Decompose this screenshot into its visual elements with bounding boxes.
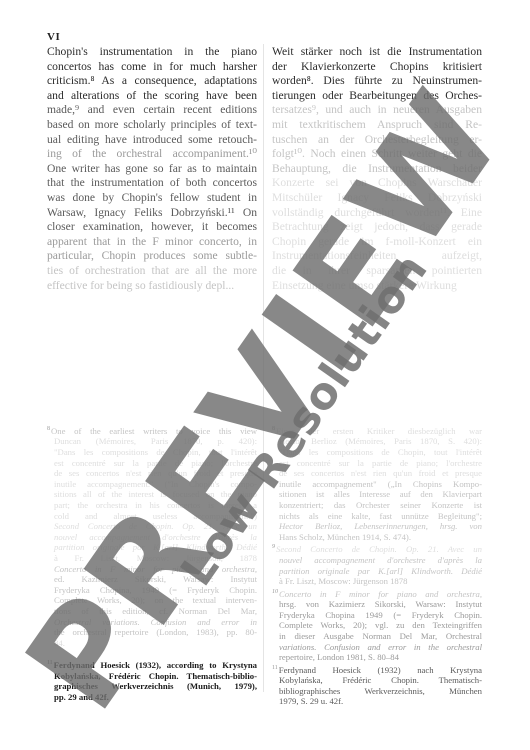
footnote-text: 1979, S. 29 u. 42f. — [279, 696, 343, 706]
text-line: particular, Chopin produces some subtle- — [47, 249, 257, 264]
footnote: 10Concerto in F minor for piano and orch… — [272, 587, 482, 663]
footnote-text: Second Concerto de Chopin. Op. 21. Avec … — [276, 544, 482, 554]
footnote-text: Hector Berlioz, Lebenserinnerungen, hrsg… — [279, 521, 482, 531]
text-line: ties of orchestration that are all the m… — [47, 264, 257, 279]
footnote-line: sitionen ist alles Interesse auf den Kla… — [272, 489, 482, 500]
text-line: effective for being so fastidiously depl… — [47, 279, 257, 294]
footnote-text: partition originale par K.[arl] Klindwor… — [279, 566, 482, 576]
footnote-line: Complete Works, 20); vgl. zu den Textein… — [272, 620, 482, 631]
footnote-mark: 10 — [272, 589, 278, 595]
footnote-mark: 11 — [272, 665, 278, 671]
page-number: VI — [47, 31, 60, 43]
text-line: ual editing have introduced some retouch… — [47, 133, 257, 148]
text-line: criticism.⁸ As a consequence, adaptation… — [47, 74, 257, 89]
score-preface-page: VI Chopin's instrumentation in the piano… — [0, 0, 530, 750]
text-line: made,⁹ and even certain recent editions — [47, 103, 257, 118]
footnote-line: 11Ferdynand Hoesick (1932) nach Krystyna — [272, 663, 482, 675]
footnote-mark: 9 — [272, 544, 275, 550]
footnote-line: Hans Scholz, München 1914, S. 474). — [272, 532, 482, 543]
text-line: ing of the orchestral accompaniment.¹⁰ — [47, 147, 257, 162]
text-line: Chopin's instrumentation in the piano — [47, 45, 257, 60]
footnote-line: nouvel accompagnement d'orchestre d'aprè… — [272, 555, 482, 566]
text-line: was done by Chopin's fellow student in — [47, 191, 257, 206]
footnote-line: 9Second Concerto de Chopin. Op. 21. Avec… — [272, 542, 482, 554]
text-line: apparent that in the F minor concerto, i… — [47, 235, 257, 250]
footnote-text: bibliographisches Werkverzeichnis, Münch… — [279, 686, 482, 696]
footnote: 11Ferdynand Hoesick (1932) nach Krystyna… — [272, 663, 482, 707]
footnote: 9Second Concerto de Chopin. Op. 21. Avec… — [272, 542, 482, 586]
text-line: that the instrumentation of both concert… — [47, 176, 257, 191]
footnote-line: in dieser Ausgabe Norman Del Mar, Orches… — [272, 631, 482, 642]
footnote-text: Ferdynand Hoesick (1932) nach Krystyna — [279, 665, 482, 675]
footnote-text: hrsg. von Kazimierz Sikorski, Warsaw: In… — [279, 599, 482, 609]
footnote-mark: 8 — [47, 426, 50, 432]
footnote-line: partition originale par K.[arl] Klindwor… — [272, 566, 482, 577]
footnote-line: 1979, S. 29 u. 42f. — [272, 696, 482, 707]
footnote-text: Fryderyka Chopina 1949 (= Fryderyk Chopi… — [279, 610, 482, 620]
text-line: One writer has gone so far as to maintai… — [47, 162, 257, 177]
footnote-text: variations. Confusion and error in the o… — [279, 642, 482, 652]
footnote-line: variations. Confusion and error in the o… — [272, 642, 482, 653]
footnote-text: Concerto in F minor for piano and orches… — [279, 589, 482, 599]
text-line: and alterations of the scoring have been — [47, 89, 257, 104]
footnote-text: nouvel accompagnement d'orchestre d'aprè… — [279, 555, 482, 565]
footnote-text: Complete Works, 20); vgl. zu den Textein… — [279, 620, 482, 630]
text-line: based on more scholarly principles of te… — [47, 118, 257, 133]
footnote-line: konzentriert; das Orchester seiner Konze… — [272, 500, 482, 511]
english-body-text: Chopin's instrumentation in the pianocon… — [47, 45, 257, 293]
text-line: der Klavierkonzerte Chopins kritisiert — [272, 60, 482, 75]
footnote-text: in dieser Ausgabe Norman Del Mar, Orches… — [279, 631, 482, 641]
text-line: worden⁸. Dies führte zu Neuinstrumen- — [272, 74, 482, 89]
footnote-text: à Fr. Liszt, Moscow: Jürgenson 1878 — [279, 576, 407, 586]
footnote-line: repertoire, London 1981, S. 80–84 — [272, 652, 482, 663]
footnote-text: nichts als eine kalte, fast unnütze Begl… — [279, 511, 482, 521]
text-line: closer examination, however, it becomes — [47, 220, 257, 235]
footnote-text: sitionen ist alles Interesse auf den Kla… — [279, 489, 482, 499]
footnote-line: bibliographisches Werkverzeichnis, Münch… — [272, 686, 482, 697]
footnote-text: repertoire, London 1981, S. 80–84 — [279, 652, 399, 662]
footnote-line: hrsg. von Kazimierz Sikorski, Warsaw: In… — [272, 599, 482, 610]
footnote-line: à Fr. Liszt, Moscow: Jürgenson 1878 — [272, 576, 482, 587]
footnote-line: Hector Berlioz, Lebenserinnerungen, hrsg… — [272, 521, 482, 532]
footnote-line: 10Concerto in F minor for piano and orch… — [272, 587, 482, 599]
text-line: concertos has come in for much harsher — [47, 60, 257, 75]
footnote-line: nichts als eine kalte, fast unnütze Begl… — [272, 511, 482, 522]
text-line: Warsaw, Ignacy Feliks Dobrzyński.¹¹ On — [47, 206, 257, 221]
footnote-text: Hans Scholz, München 1914, S. 474). — [279, 532, 411, 542]
footnote-text: inutile accompagnement" („In Chopins Kom… — [279, 479, 482, 489]
footnote-line: Kobylańska, Frédéric Chopin. Thematisch- — [272, 675, 482, 686]
footnote-text: konzentriert; das Orchester seiner Konze… — [279, 500, 482, 510]
text-line: Weit stärker noch ist die Instrumentatio… — [272, 45, 482, 60]
footnote-text: Kobylańska, Frédéric Chopin. Thematisch- — [279, 675, 482, 685]
footnote-line: Fryderyka Chopina 1949 (= Fryderyk Chopi… — [272, 610, 482, 621]
